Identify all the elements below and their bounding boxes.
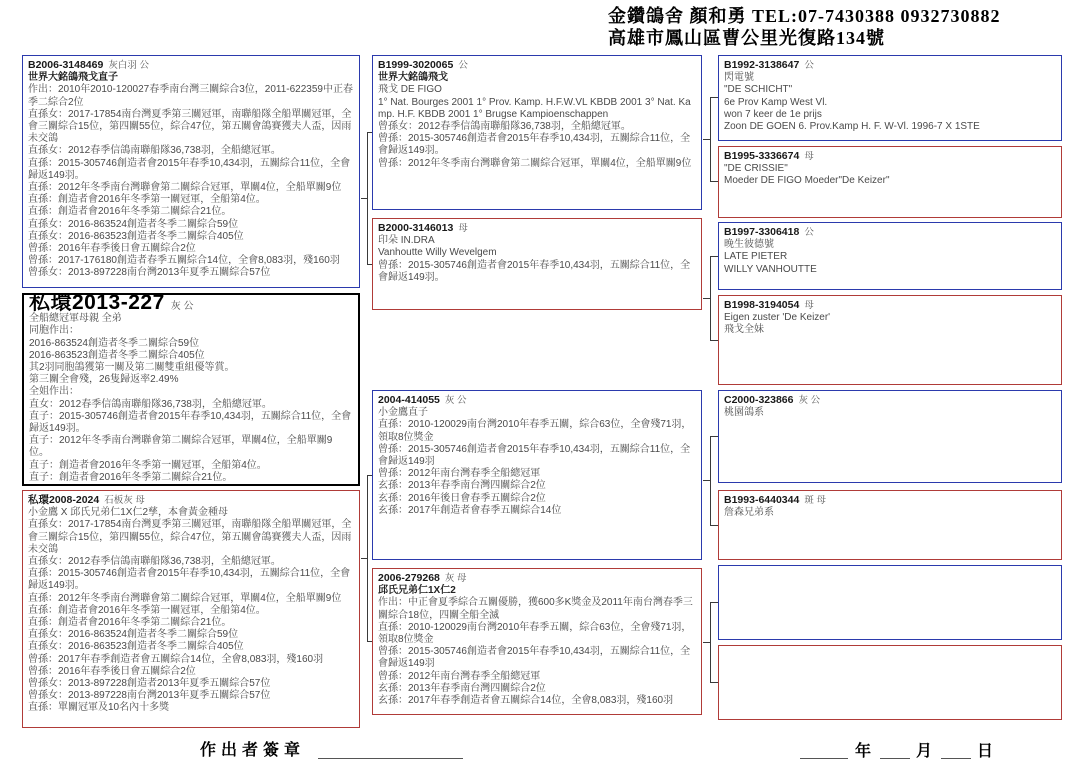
achievement-text-line: LATE PIETER: [724, 251, 1055, 263]
month-label: 月: [916, 738, 932, 761]
connector-line: [367, 264, 372, 265]
ring-line: B1995-3336674母: [724, 150, 1055, 163]
ring-number: B1999-3020065: [378, 59, 453, 71]
achievement-text-line: 2016-863523創造者冬季二關綜合405位: [29, 350, 352, 362]
achievement-text-line: 直孫：單關冠軍及10名內十多獎: [28, 702, 353, 714]
achievement-text-line: 曾孫：2012年南台灣春季全船總冠軍: [378, 671, 695, 683]
achievement-text-line: Eigen zuster 'De Keizer': [724, 312, 1055, 324]
achievement-text-line: 直孫：2015-305746創造者會2015年春季10,434羽，五關綜合11位…: [28, 568, 353, 592]
connector-line: [703, 298, 710, 299]
achievement-text-line: 晚生彼德號: [724, 239, 1055, 251]
pedigree-box-great-grandsire-4-empty: [718, 565, 1062, 640]
sex-color-label: 公: [804, 227, 814, 238]
achievement-text-line: 直孫：創造者會2016年冬季第二關綜合21位。: [28, 617, 353, 629]
sex-color-label: 斑 母: [804, 495, 826, 506]
month-underline: [880, 757, 910, 759]
achievement-text-line: 2016-863524創造者冬季二關綜合59位: [29, 338, 352, 350]
achievement-text-line: 曾孫：2015-305746創造者會2015年春季10,434羽，五關綜合11位…: [378, 444, 695, 468]
achievement-list: 印朵 IN.DRAVanhoutte Willy Wevelgem曾孫：2015…: [378, 235, 695, 284]
ring-line: B1997-3306418公: [724, 226, 1055, 239]
pedigree-box-great-granddam-3: B1993-6440344斑 母 詹森兄弟系: [718, 490, 1062, 560]
ring-line: B2000-3146013母: [378, 222, 695, 235]
sex-color-label: 公: [804, 60, 814, 71]
signature-underline: [318, 757, 463, 759]
achievement-text-line: 同胞作出：: [29, 325, 352, 337]
achievement-list: 晚生彼德號LATE PIETERWILLY VANHOUTTE: [724, 239, 1055, 276]
connector-line: [710, 602, 718, 603]
ring-number: C2000-323866: [724, 394, 793, 406]
sex-color-label: 母: [458, 223, 468, 234]
achievement-text-line: 玄孫：2016年後日會春季五關綜合2位: [378, 493, 695, 505]
achievement-text-line: 直孫：創造者會2016年冬季第一關冠軍，全船第4位。: [28, 605, 353, 617]
connector-line: [710, 256, 711, 341]
achievement-text-line: Zoon DE GOEN 6. Prov.Kamp H. F. W-Vl. 19…: [724, 121, 1055, 133]
achievement-text-line: 直孫：2010-120029南台灣2010年春季五關，綜合63位，全會殘71羽，…: [378, 622, 695, 646]
achievement-text-line: 印朵 IN.DRA: [378, 235, 695, 247]
achievement-text-line: 6e Prov Kamp West Vl.: [724, 97, 1055, 109]
connector-line: [367, 132, 372, 133]
connector-line: [710, 436, 718, 437]
achievement-text-line: 曾孫：2015-305746創造者會2015年春季10,434羽，五關綜合11位…: [378, 133, 695, 157]
strain-title: 世界大銘鴿飛戈: [378, 72, 695, 84]
ring-line: B1993-6440344斑 母: [724, 494, 1055, 507]
ring-line: B1999-3020065公: [378, 59, 695, 72]
sex-color-label: 灰 公: [171, 301, 194, 312]
connector-line: [367, 641, 372, 642]
connector-line: [710, 340, 718, 341]
pedigree-box-great-granddam-1: B1995-3336674母 "DE CRISSIE"Moeder DE FIG…: [718, 146, 1062, 218]
connector-line: [710, 181, 718, 182]
achievement-text-line: 直孫女：2016-863523創造者冬季二關綜合405位: [28, 231, 353, 243]
achievement-text-line: 直孫：創造者會2016年冬季第二關綜合21位。: [28, 206, 353, 218]
connector-line: [703, 139, 710, 140]
achievement-text-line: won 7 keer de 1e prijs: [724, 109, 1055, 121]
ring-line: 2006-279268灰 母: [378, 572, 695, 585]
pedigree-box-great-grandsire-3: C2000-323866灰 公 桃園鴿系: [718, 390, 1062, 483]
achievement-list: 閃電號"DE SCHICHT"6e Prov Kamp West Vl.won …: [724, 72, 1055, 133]
achievement-list: 桃園鴿系: [724, 407, 1055, 419]
achievement-text-line: 曾孫女：2013-897228創造者2013年夏季五關綜合57位: [28, 678, 353, 690]
connector-line: [710, 602, 711, 683]
achievement-text-line: 飛戈 DE FIGO: [378, 84, 695, 96]
ring-line: B1998-3194054母: [724, 299, 1055, 312]
achievement-text-line: 全姐作出：: [29, 386, 352, 398]
pedigree-box-father: B2006-3148469灰白羽 公 世界大銘鴿飛戈直子 作出：2010年201…: [22, 55, 360, 288]
achievement-text-line: 詹森兄弟系: [724, 507, 1055, 519]
achievement-text-line: 曾孫：2016年春季後日會五關綜合2位: [28, 666, 353, 678]
loft-title: 金鑽鴿舍 顏和勇 TEL:07-7430388 0932730882: [608, 5, 1078, 27]
achievement-text-line: 直子：2012年冬季南台灣聯會第二關綜合冠軍，單關4位，全船單關9位。: [29, 435, 352, 459]
sex-color-label: 灰 母: [445, 573, 467, 584]
strain-title: 邱氏兄弟仁1X仁2: [378, 585, 695, 597]
achievement-text-line: 其2羽同胞鴿獲第一關及第二關雙重組優等賞。: [29, 362, 352, 374]
achievement-text-line: WILLY VANHOUTTE: [724, 264, 1055, 276]
achievement-text-line: Moeder DE FIGO Moeder"De Keizer": [724, 175, 1055, 187]
sex-color-label: 公: [458, 60, 468, 71]
achievement-text-line: 曾孫女：2013-897228南台灣2013年夏季五關綜合57位: [28, 267, 353, 279]
strain-title: 世界大銘鴿飛戈直子: [28, 72, 353, 84]
connector-line: [367, 132, 368, 264]
ring-number: 2006-279268: [378, 572, 440, 584]
achievement-text-line: 直孫女：2012春季信鴿南聯船隊36,738羽，全船總冠軍。: [28, 556, 353, 568]
achievement-text-line: 曾孫：2016年春季後日會五關綜合2位: [28, 243, 353, 255]
achievement-text-line: 曾孫女：2012春季信鴿南聯船隊36,738羽，全船總冠軍。: [378, 121, 695, 133]
sex-color-label: 灰 公: [798, 395, 820, 406]
ring-number: B1993-6440344: [724, 494, 799, 506]
sex-color-label: 石板灰 母: [104, 495, 145, 506]
achievement-text-line: 玄孫：2013年春季南台灣四關綜合2位: [378, 683, 695, 695]
achievement-text-line: 作出：中正會夏季綜合五關優勝，獲600多K獎金及2011年南台灣春季三關綜合18…: [378, 597, 695, 621]
achievement-text-line: 玄孫：2017年創造者會春季五關綜合14位: [378, 505, 695, 517]
ring-number: B2000-3146013: [378, 222, 453, 234]
achievement-text-line: 直孫女：2012春季信鴿南聯船隊36,738羽，全船總冠軍。: [28, 145, 353, 157]
achievement-list: 作出：2010年2010-120027春季南台灣三關綜合3位，2011-6223…: [28, 84, 353, 279]
achievement-text-line: "DE SCHICHT": [724, 84, 1055, 96]
connector-line: [703, 642, 710, 643]
day-label: 日: [977, 738, 993, 761]
pedigree-box-maternal-grandfather: 2004-414055灰 公 小金鷹直子直孫：2010-120029南台灣201…: [372, 390, 702, 560]
achievement-text-line: 直孫：2010-120029南台灣2010年春季五關，綜合63位，全會殘71羽，…: [378, 419, 695, 443]
ring-line: 私環2013-227灰 公: [29, 297, 352, 313]
achievement-text-line: 曾孫：2015-305746創造者會2015年春季10,434羽，五關綜合11位…: [378, 260, 695, 284]
connector-line: [710, 256, 718, 257]
sex-color-label: 灰白羽 公: [108, 60, 149, 71]
achievement-text-line: 全船總冠軍母親 全弟: [29, 313, 352, 325]
achievement-text-line: 直子：創造者會2016年冬季第一關冠軍，全船第4位。: [29, 460, 352, 472]
achievement-text-line: 小金鷹 X 邱氏兄弟仁1X仁2孳，本會黃金種母: [28, 507, 353, 519]
achievement-text-line: 曾孫：2017年春季創造者會五關綜合14位，全會8,083羽，殘160羽: [28, 654, 353, 666]
ring-number: 2004-414055: [378, 394, 440, 406]
pedigree-box-great-granddam-2: B1998-3194054母 Eigen zuster 'De Keizer'飛…: [718, 295, 1062, 385]
achievement-text-line: 玄孫：2017年春季創造者會五關綜合14位，全會8,083羽，殘160羽: [378, 695, 695, 707]
pedigree-box-subject: 私環2013-227灰 公 全船總冠軍母親 全弟同胞作出：2016-863524…: [22, 293, 360, 486]
achievement-text-line: 作出：2010年2010-120027春季南台灣三關綜合3位，2011-6223…: [28, 84, 353, 108]
connector-line: [703, 480, 710, 481]
achievement-text-line: Vanhoutte Willy Wevelgem: [378, 247, 695, 259]
achievement-text-line: 曾孫女：2013-897228南台灣2013年夏季五關綜合57位: [28, 690, 353, 702]
ring-number: B1997-3306418: [724, 226, 799, 238]
connector-line: [710, 525, 718, 526]
connector-line: [710, 436, 711, 526]
pedigree-box-great-granddam-4-empty: [718, 645, 1062, 720]
achievement-text-line: 直孫女：2016-863523創造者冬季二關綜合405位: [28, 641, 353, 653]
connector-line: [710, 97, 711, 182]
achievement-list: 全船總冠軍母親 全弟同胞作出：2016-863524創造者冬季二關綜合59位20…: [29, 313, 352, 484]
achievement-list: 小金鷹直子直孫：2010-120029南台灣2010年春季五關，綜合63位，全會…: [378, 407, 695, 517]
pedigree-box-great-grandsire-2: B1997-3306418公 晚生彼德號LATE PIETERWILLY VAN…: [718, 222, 1062, 290]
achievement-text-line: 直孫：2012年冬季南台灣聯會第二關綜合冠軍，單關4位，全船單關9位: [28, 182, 353, 194]
connector-line: [367, 475, 368, 641]
ring-number: B1998-3194054: [724, 299, 799, 311]
achievement-text-line: 直孫女：2016-863524創造者冬季二關綜合59位: [28, 629, 353, 641]
ring-number: B1995-3336674: [724, 150, 799, 162]
ring-line: B2006-3148469灰白羽 公: [28, 59, 353, 72]
pedigree-box-paternal-grandfather: B1999-3020065公 世界大銘鴿飛戈 飛戈 DE FIGO1° Nat.…: [372, 55, 702, 210]
ring-number: 私環2013-227: [29, 293, 165, 314]
pedigree-box-maternal-grandmother: 2006-279268灰 母 邱氏兄弟仁1X仁2 作出：中正會夏季綜合五關優勝，…: [372, 568, 702, 715]
achievement-text-line: 桃園鴿系: [724, 407, 1055, 419]
ring-number: B1992-3138647: [724, 59, 799, 71]
ring-number: B2006-3148469: [28, 59, 103, 71]
achievement-text-line: 直孫女：2016-863524創造者冬季二關綜合59位: [28, 219, 353, 231]
achievement-text-line: 曾孫：2012年冬季南台灣聯會第二關綜合冠軍，單關4位，全船單關9位: [378, 158, 695, 170]
achievement-text-line: 1° Nat. Bourges 2001 1° Prov. Kamp. H.F.…: [378, 97, 695, 121]
achievement-list: Eigen zuster 'De Keizer'飛戈全妹: [724, 312, 1055, 336]
achievement-text-line: 直子：2015-305746創造者會2015年春季10,434羽，五關綜合11位…: [29, 411, 352, 435]
achievement-text-line: 直孫：2015-305746創造者會2015年春季10,434羽，五關綜合11位…: [28, 158, 353, 182]
pedigree-box-paternal-grandmother: B2000-3146013母 印朵 IN.DRAVanhoutte Willy …: [372, 218, 702, 310]
ring-line: B1992-3138647公: [724, 59, 1055, 72]
achievement-text-line: 玄孫：2013年春季南台灣四關綜合2位: [378, 480, 695, 492]
year-label: 年: [855, 738, 871, 761]
achievement-list: 作出：中正會夏季綜合五關優勝，獲600多K獎金及2011年南台灣春季三關綜合18…: [378, 597, 695, 707]
achievement-list: 小金鷹 X 邱氏兄弟仁1X仁2孳，本會黃金種母直孫女：2017-17854南台灣…: [28, 507, 353, 714]
breeder-signature-label: 作出者簽章: [200, 737, 305, 760]
achievement-text-line: 曾孫：2017-176180創造者春季五關綜合14位，全會8,083羽，殘160…: [28, 255, 353, 267]
sex-color-label: 母: [804, 151, 814, 162]
achievement-text-line: 直孫女：2017-17854南台灣夏季第三關冠軍，南聯船隊全船單關冠軍，全會三關…: [28, 109, 353, 146]
achievement-text-line: 直子：創造者會2016年冬季第二關綜合21位。: [29, 472, 352, 484]
achievement-text-line: 曾孫：2015-305746創造者會2015年春季10,434羽，五關綜合11位…: [378, 646, 695, 670]
ring-line: 私環2008-2024石板灰 母: [28, 494, 353, 507]
achievement-text-line: 直孫女：2017-17854南台灣夏季第三關冠軍，南聯船隊全船單關冠軍，全會三關…: [28, 519, 353, 556]
connector-line: [367, 475, 372, 476]
loft-address: 高雄市鳳山區曹公里光復路134號: [608, 27, 1078, 49]
sex-color-label: 母: [804, 300, 814, 311]
pedigree-box-great-grandsire-1: B1992-3138647公 閃電號"DE SCHICHT"6e Prov Ka…: [718, 55, 1062, 141]
connector-line: [710, 682, 718, 683]
achievement-list: 飛戈 DE FIGO1° Nat. Bourges 2001 1° Prov. …: [378, 84, 695, 169]
achievement-text-line: 曾孫：2012年南台灣春季全船總冠軍: [378, 468, 695, 480]
day-underline: [941, 757, 971, 759]
connector-line: [710, 97, 718, 98]
year-underline: [800, 757, 848, 759]
achievement-text-line: 飛戈全妹: [724, 324, 1055, 336]
achievement-text-line: 閃電號: [724, 72, 1055, 84]
pedigree-certificate-page: { "header": { "loft_line": "金鑽鴿舍 顏和勇 TEL…: [0, 0, 1080, 772]
achievement-text-line: "DE CRISSIE": [724, 163, 1055, 175]
achievement-text-line: 小金鷹直子: [378, 407, 695, 419]
achievement-list: 詹森兄弟系: [724, 507, 1055, 519]
pedigree-box-mother: 私環2008-2024石板灰 母 小金鷹 X 邱氏兄弟仁1X仁2孳，本會黃金種母…: [22, 490, 360, 728]
achievement-text-line: 直孫：2012年冬季南台灣聯會第二關綜合冠軍，單關4位，全船單關9位: [28, 593, 353, 605]
sex-color-label: 灰 公: [445, 395, 467, 406]
ring-number: 私環2008-2024: [28, 494, 99, 506]
achievement-list: "DE CRISSIE"Moeder DE FIGO Moeder"De Kei…: [724, 163, 1055, 187]
achievement-text-line: 直孫：創造者會2016年冬季第一關冠軍，全船第4位。: [28, 194, 353, 206]
achievement-text-line: 第三關全會殘，26隻歸返率2.49%: [29, 374, 352, 386]
ring-line: 2004-414055灰 公: [378, 394, 695, 407]
ring-line: C2000-323866灰 公: [724, 394, 1055, 407]
achievement-text-line: 直女：2012春季信鴿南聯船隊36,738羽，全船總冠軍。: [29, 399, 352, 411]
